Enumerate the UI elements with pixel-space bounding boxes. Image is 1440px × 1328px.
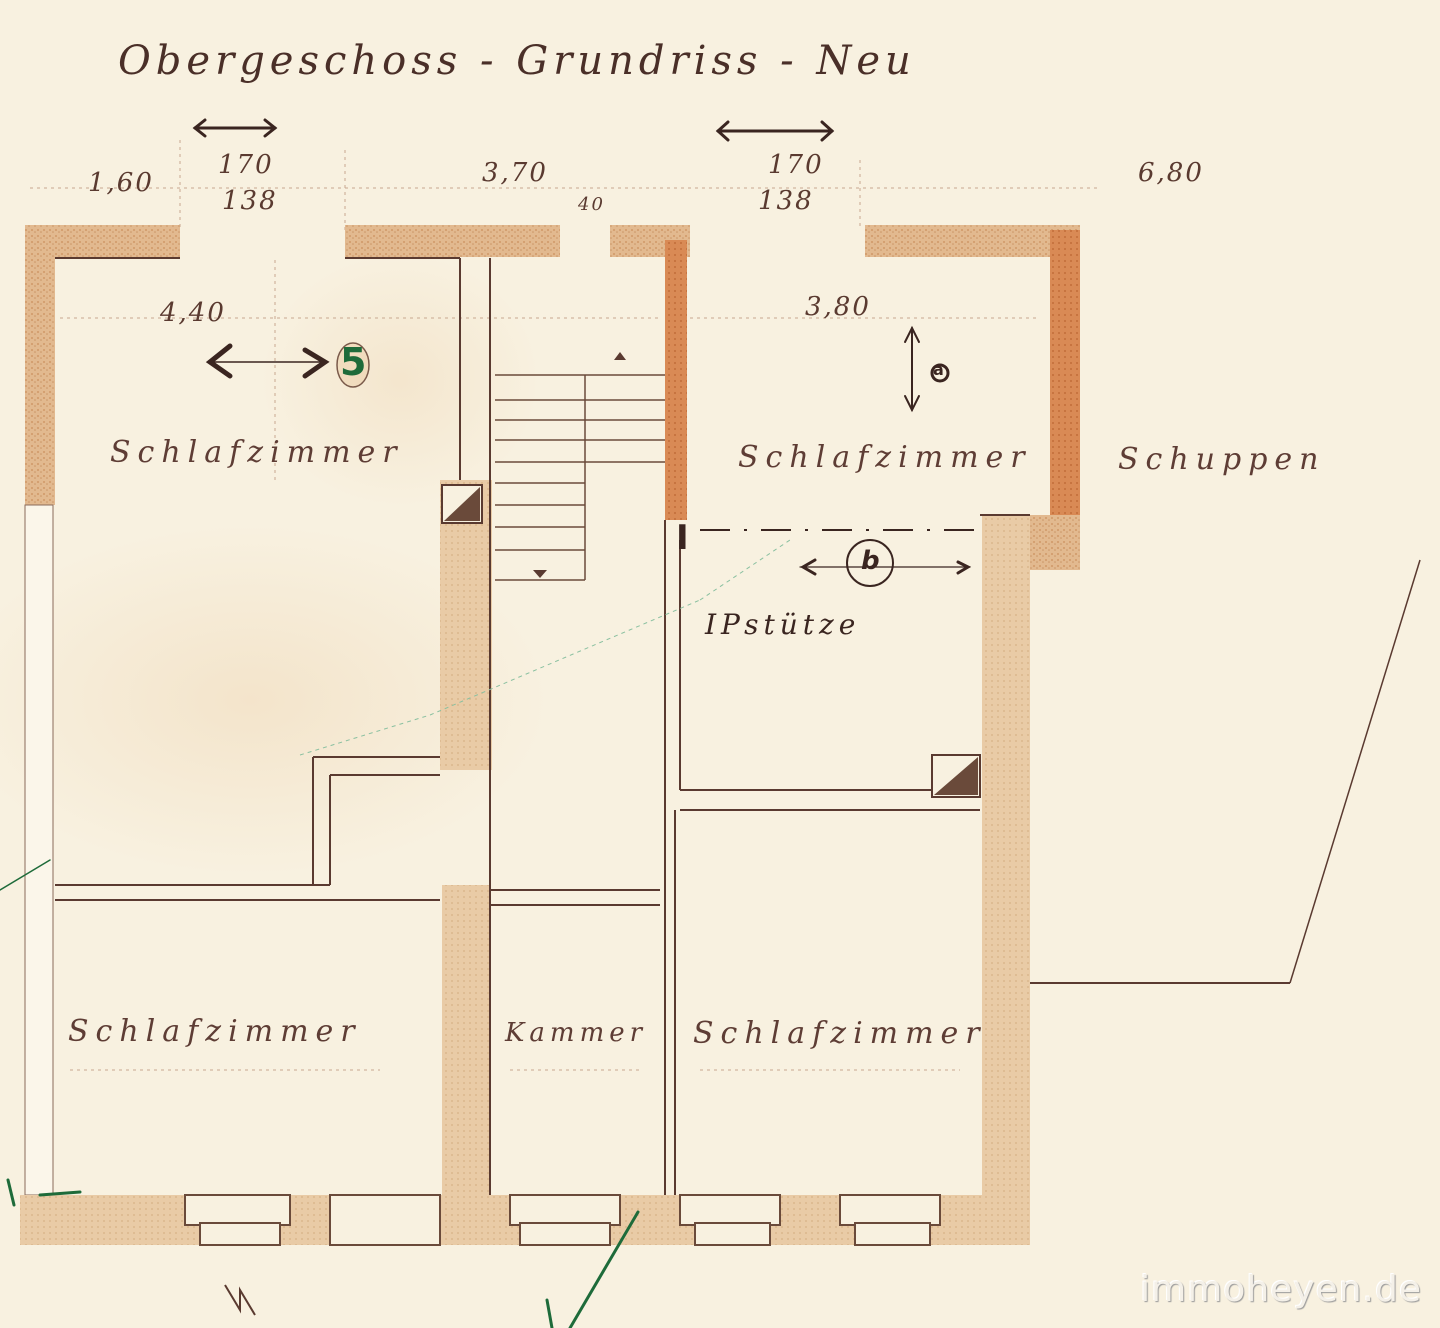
dimension-room-right-width: 3,80 <box>805 292 871 322</box>
dimension-window-left-height: 138 <box>222 186 278 216</box>
ip-support-label: IPstütze <box>705 608 860 641</box>
marker-a: a <box>933 360 944 379</box>
marker-b: b <box>861 546 880 576</box>
dimension-door-gap: 40 <box>578 194 605 215</box>
section-marker: I <box>676 518 689 558</box>
floor-plan-drawing <box>0 0 1440 1328</box>
dimension-window-left-width: 170 <box>218 150 274 180</box>
watermark: immoheyen.de <box>1140 1269 1422 1310</box>
outer-walls <box>20 225 1080 1245</box>
dimension-right-extent: 6,80 <box>1138 158 1204 188</box>
marker-5: 5 <box>340 340 366 384</box>
dimension-window-right-height: 138 <box>758 186 814 216</box>
room-label-chamber: Kammer <box>505 1018 647 1048</box>
dimension-left-margin: 1,60 <box>88 168 154 198</box>
plan-title: Obergeschoss - Grundriss - Neu <box>118 38 916 84</box>
room-label-bedroom-top-left: Schlafzimmer <box>110 435 404 470</box>
chimney-left <box>442 485 482 523</box>
dimension-room-left-width: 4,40 <box>160 298 226 328</box>
dimension-stair-width: 3,70 <box>482 158 548 188</box>
chimney-right <box>932 755 980 797</box>
room-label-bedroom-bottom-left: Schlafzimmer <box>68 1014 362 1049</box>
room-label-shed: Schuppen <box>1118 442 1325 477</box>
dimension-window-right-width: 170 <box>768 150 824 180</box>
room-label-bedroom-bottom-right: Schlafzimmer <box>693 1016 987 1051</box>
room-label-bedroom-top-right: Schlafzimmer <box>738 440 1032 475</box>
